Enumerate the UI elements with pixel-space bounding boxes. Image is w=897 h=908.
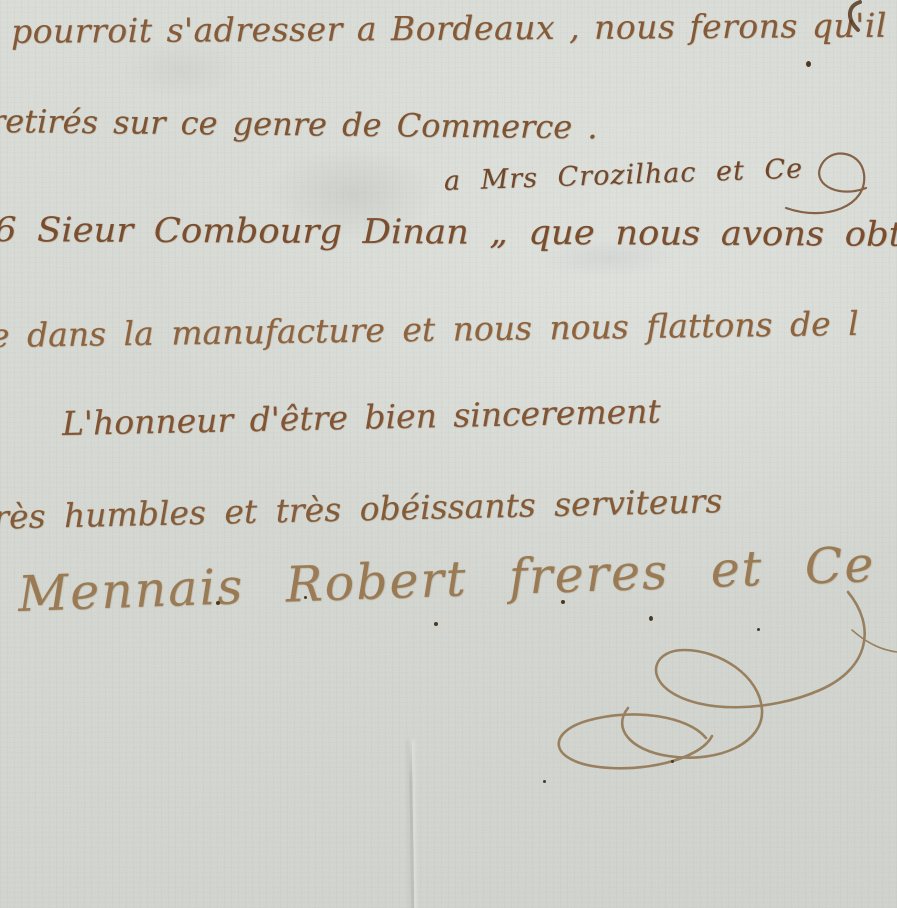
manuscript-line-4: e dans la manufacture et nous nous flatt… <box>0 304 859 355</box>
manuscript-line-5: L'honneur d'être bien sincerement <box>62 391 661 443</box>
ink-speck <box>561 600 565 604</box>
ink-speck <box>649 616 653 621</box>
ink-speck <box>757 628 760 631</box>
signature-paraph <box>559 592 897 768</box>
interlinear-insertion: a Mrs Crozilhac et Ce <box>443 153 803 197</box>
ink-speck <box>671 760 674 763</box>
ink-speck <box>304 596 307 599</box>
ink-speck <box>806 61 811 67</box>
ink-speck <box>434 622 438 626</box>
paper-crease <box>409 740 414 908</box>
manuscript-line-1: l pourroit s'adresser a Bordeaux , nous … <box>0 6 887 51</box>
manuscript-line-2: retirés sur ce genre de Commerce . <box>0 102 598 146</box>
ink-speck <box>216 601 220 605</box>
ink-speck <box>543 780 546 783</box>
manuscript-line-6: très humbles et très obéissants serviteu… <box>0 481 723 537</box>
manuscript-line-3: 6 Sieur Combourg Dinan „ que nous avons … <box>0 210 897 255</box>
signature: Mennais Robert freres et Ce <box>17 536 876 623</box>
paper: l pourroit s'adresser a Bordeaux , nous … <box>0 0 897 908</box>
